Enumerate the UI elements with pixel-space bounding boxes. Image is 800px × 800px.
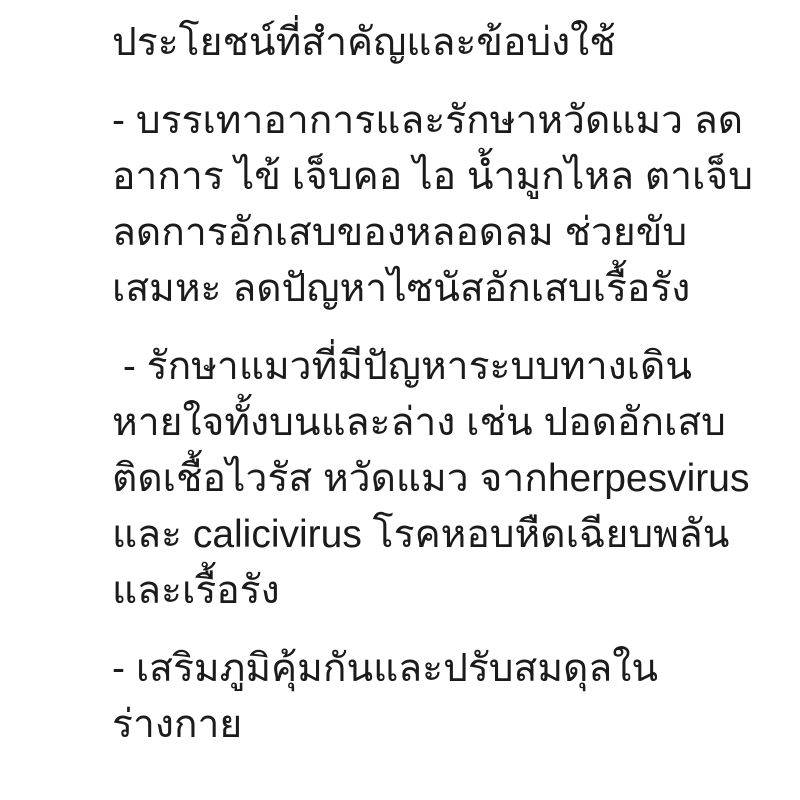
text-line: ลดการอักเสบของหลอดลม ช่วยขับ: [112, 205, 720, 261]
text-line: ติดเชื้อไวรัส หวัดแมว จากherpesvirus: [112, 451, 720, 507]
paragraph-respiratory-treatment: - รักษาแมวที่มีปัญหาระบบทางเดิน หายใจทั้…: [112, 339, 720, 619]
document-content: ประโยชน์ที่สำคัญและข้อบ่งใช้ - บรรเทาอาก…: [0, 0, 800, 753]
text-line: - บรรเทาอาการและรักษาหวัดแมว ลด: [112, 93, 720, 149]
text-line: และเรื้อรัง: [112, 563, 720, 619]
text-line: อาการ ไข้ เจ็บคอ ไอ น้ำมูกไหล ตาเจ็บ: [112, 149, 720, 205]
text-line: และ calicivirus โรคหอบหืดเฉียบพลัน: [112, 507, 720, 563]
paragraph-benefits-cold: - บรรเทาอาการและรักษาหวัดแมว ลด อาการ ไข…: [112, 93, 720, 317]
text-line: หายใจทั้งบนและล่าง เช่น ปอดอักเสบ: [112, 395, 720, 451]
document-page: ประโยชน์ที่สำคัญและข้อบ่งใช้ - บรรเทาอาก…: [0, 0, 800, 800]
text-line: - รักษาแมวที่มีปัญหาระบบทางเดิน: [112, 339, 720, 395]
text-line: เสมหะ ลดปัญหาไซนัสอักเสบเรื้อรัง: [112, 261, 720, 317]
text-line: - เสริมภูมิคุ้มกันและปรับสมดุลใน: [112, 641, 720, 697]
paragraph-immune-boost: - เสริมภูมิคุ้มกันและปรับสมดุลใน ร่างกาย: [112, 641, 720, 753]
document-title: ประโยชน์ที่สำคัญและข้อบ่งใช้: [112, 14, 720, 71]
text-line: ร่างกาย: [112, 697, 720, 753]
